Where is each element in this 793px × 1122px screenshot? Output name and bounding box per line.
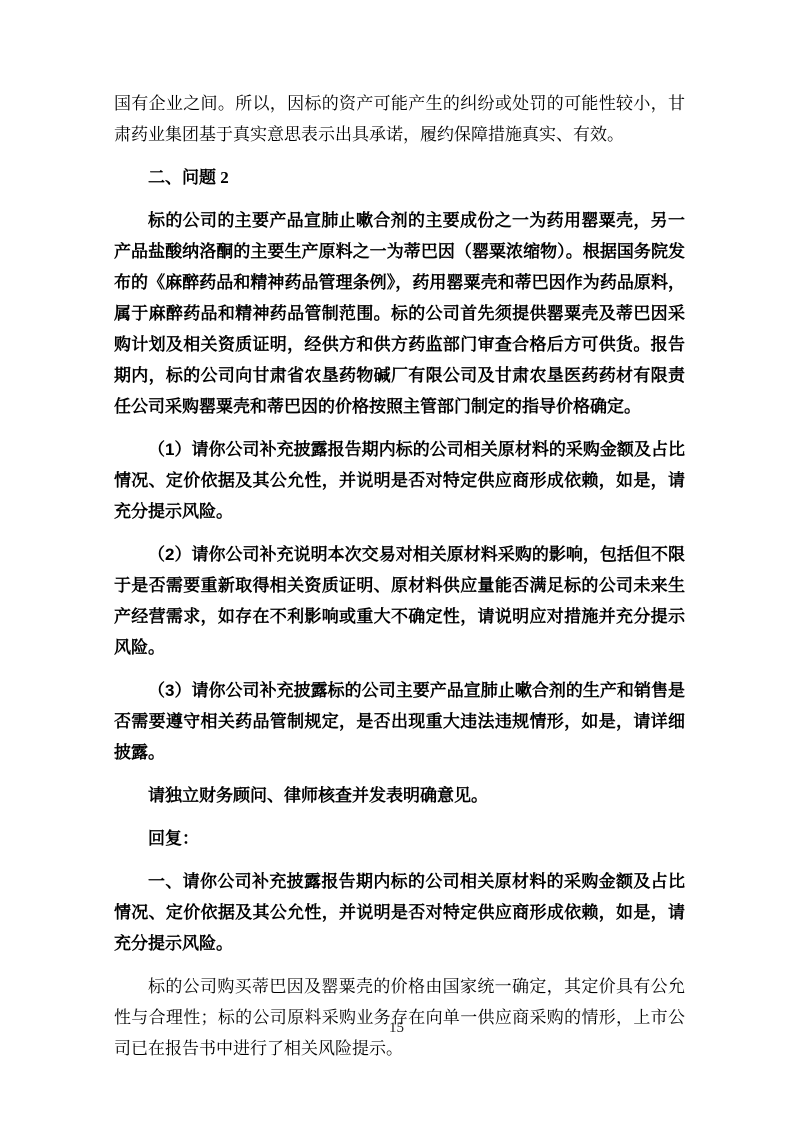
document-page: 国有企业之间。所以，因标的资产可能产生的纠纷或处罚的可能性较小，甘肃药业集团基于… bbox=[0, 0, 793, 1122]
page-number: 15 bbox=[0, 1018, 793, 1038]
paragraph-question-item-2: （2）请你公司补充说明本次交易对相关原材料采购的影响，包括但不限于是否需要重新取… bbox=[114, 539, 685, 663]
paragraph-continuation: 国有企业之间。所以，因标的资产可能产生的纠纷或处罚的可能性较小，甘肃药业集团基于… bbox=[114, 88, 685, 150]
paragraph-question-item-3: （3）请你公司补充披露标的公司主要产品宣肺止嗽合剂的生产和销售是否需要遵守相关药… bbox=[114, 675, 685, 768]
document-content: 国有企业之间。所以，因标的资产可能产生的纠纷或处罚的可能性较小，甘肃药业集团基于… bbox=[114, 88, 685, 1076]
paragraph-verification-request: 请独立财务顾问、律师核查并发表明确意见。 bbox=[114, 780, 685, 811]
paragraph-reply-label: 回复： bbox=[114, 823, 685, 854]
paragraph-reply-restatement: 一、请你公司补充披露报告期内标的公司相关原材料的采购金额及占比情况、定价依据及其… bbox=[114, 866, 685, 959]
heading-question-2: 二、问题 2 bbox=[114, 162, 685, 193]
paragraph-question-background: 标的公司的主要产品宣肺止嗽合剂的主要成份之一为药用罂粟壳，另一产品盐酸纳洛酮的主… bbox=[114, 205, 685, 422]
paragraph-question-item-1: （1）请你公司补充披露报告期内标的公司相关原材料的采购金额及占比情况、定价依据及… bbox=[114, 434, 685, 527]
